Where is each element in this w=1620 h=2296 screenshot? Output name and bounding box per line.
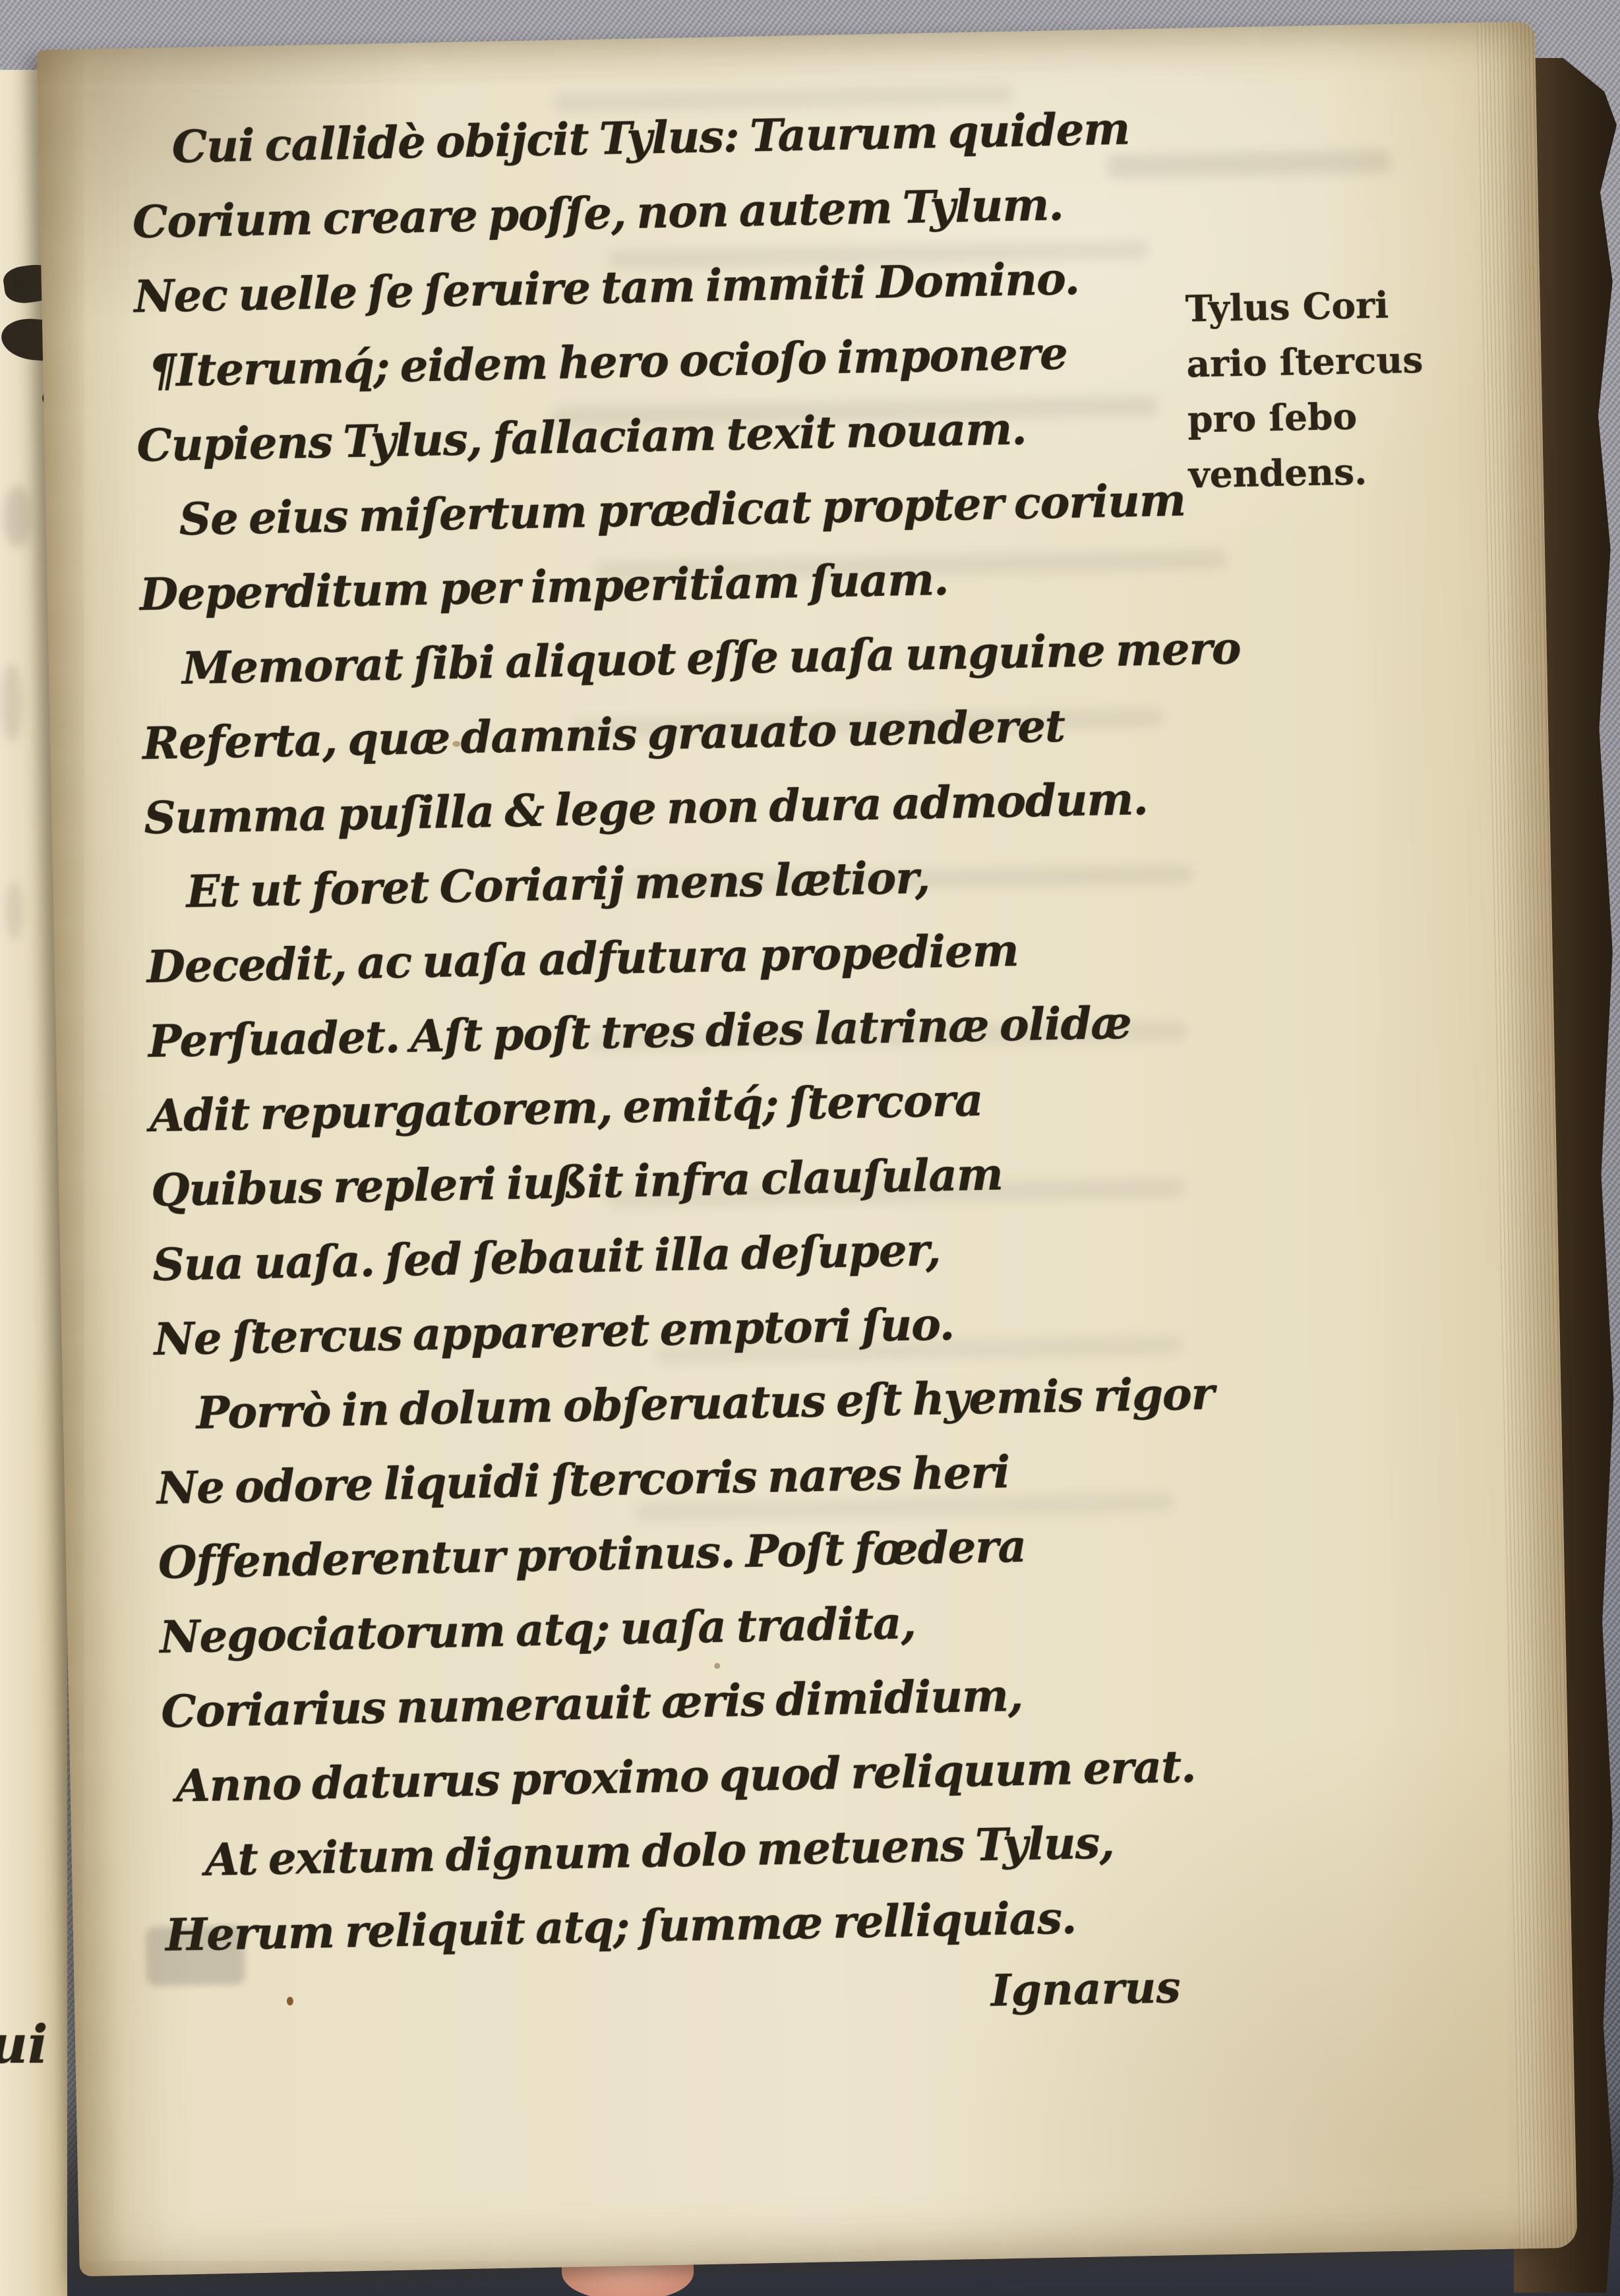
margin-note-line: pro ſebo xyxy=(1187,387,1465,448)
book-page: Cui callidè obijcit Tylus: Taurum quidem… xyxy=(37,21,1577,2276)
catchword: Ignarus xyxy=(990,1961,1181,2016)
ink-smudge xyxy=(5,881,24,940)
margin-note-line: vendens. xyxy=(1188,442,1466,503)
showthrough-texture xyxy=(37,21,1535,50)
adjacent-page-text-fragment: ui xyxy=(0,2013,48,2075)
poem-text-block: Cui callidè obijcit Tylus: Taurum quidem… xyxy=(131,90,1247,1972)
ink-smudge xyxy=(4,485,32,548)
printed-margin-note: Tylus Cori ario ſtercus pro ſebo vendens… xyxy=(1185,276,1466,503)
ink-smudge xyxy=(1,663,22,742)
photo-scene: ui Cui callidè obijcit Tylus: Taurum qui… xyxy=(0,0,1620,2296)
margin-note-line: Tylus Cori xyxy=(1185,276,1463,337)
paper-stain xyxy=(287,1997,293,2005)
margin-note-line: ario ſtercus xyxy=(1186,332,1464,392)
